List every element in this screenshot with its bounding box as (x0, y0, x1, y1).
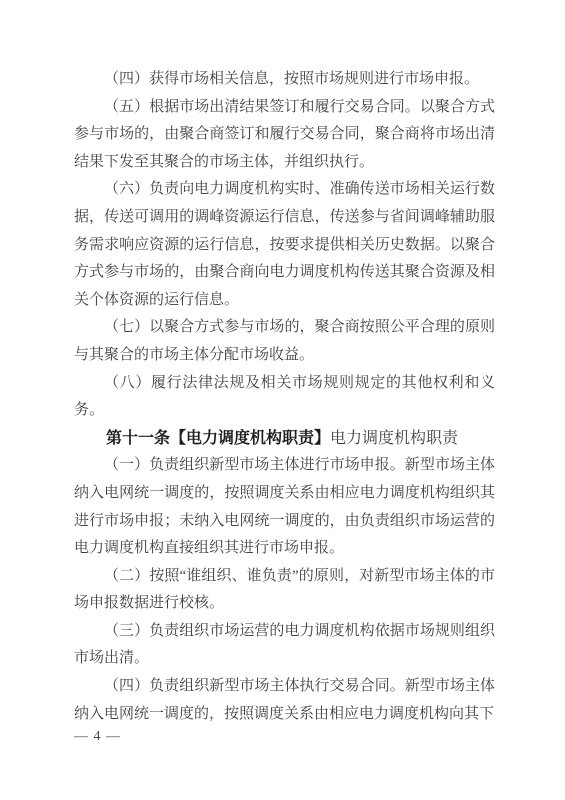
paragraph-text: （五）根据市场出清结果签订和履行交易合同。以聚合方式参与市场的，由聚合商签订和履… (74, 99, 495, 170)
paragraph-text: （四）负责组织新型市场主体执行交易合同。新型市场主体纳入电网统一调度的，按照调度… (74, 678, 495, 722)
paragraph: （八）履行法律法规及相关市场规则规定的其他权利和义务。 (74, 370, 495, 425)
paragraph: （五）根据市场出清结果签订和履行交易合同。以聚合方式参与市场的，由聚合商签订和履… (74, 94, 495, 177)
paragraph-text: （一）负责组织新型市场主体进行市场申报。新型市场主体纳入电网统一调度的，按照调度… (74, 457, 495, 556)
paragraph-text: （七）以聚合方式参与市场的，聚合商按照公平合理的原则与其聚合的市场主体分配市场收… (74, 319, 495, 363)
page-number: — 4 — (74, 727, 121, 747)
paragraph: （六）负责向电力调度机构实时、准确传送市场相关运行数据，传送可调用的调峰资源运行… (74, 176, 495, 314)
paragraph: （三）负责组织市场运营的电力调度机构依据市场规则组织市场出清。 (74, 618, 495, 673)
paragraph-text: （八）履行法律法规及相关市场规则规定的其他权利和义务。 (74, 375, 495, 419)
document-page: （四）获得市场相关信息，按照市场规则进行市场申报。（五）根据市场出清结果签订和履… (0, 0, 565, 800)
paragraph-text: （二）按照“谁组织、谁负责”的原则，对新型市场主体的市场申报数据进行校核。 (74, 568, 495, 612)
paragraph: （七）以聚合方式参与市场的，聚合商按照公平合理的原则与其聚合的市场主体分配市场收… (74, 314, 495, 369)
paragraph: （二）按照“谁组织、谁负责”的原则，对新型市场主体的市场申报数据进行校核。 (74, 563, 495, 618)
paragraph-text: （四）获得市场相关信息，按照市场规则进行市场申报。 (104, 71, 479, 87)
document-body: （四）获得市场相关信息，按照市场规则进行市场申报。（五）根据市场出清结果签订和履… (74, 66, 495, 728)
paragraph-text: （六）负责向电力调度机构实时、准确传送市场相关运行数据，传送可调用的调峰资源运行… (74, 181, 495, 307)
paragraph: （一）负责组织新型市场主体进行市场申报。新型市场主体纳入电网统一调度的，按照调度… (74, 452, 495, 562)
paragraph: （四）负责组织新型市场主体执行交易合同。新型市场主体纳入电网统一调度的，按照调度… (74, 673, 495, 728)
paragraph: （四）获得市场相关信息，按照市场规则进行市场申报。 (74, 66, 495, 94)
article-heading-bold: 第十一条【电力调度机构职责】 (106, 430, 330, 447)
paragraph-text: （三）负责组织市场运营的电力调度机构依据市场规则组织市场出清。 (74, 623, 495, 667)
article-heading: 第十一条【电力调度机构职责】电力调度机构职责 (74, 425, 495, 453)
article-heading-text: 电力调度机构职责 (330, 430, 458, 447)
